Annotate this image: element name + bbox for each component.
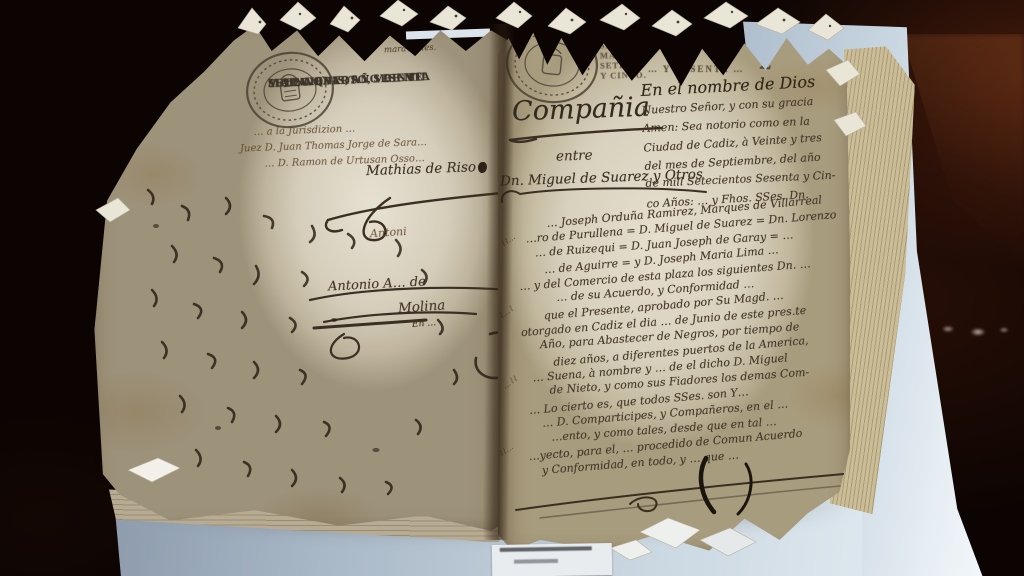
- torn-paper-edges: [0, 0, 1024, 576]
- label-illegible-text-line: [514, 559, 558, 564]
- label-illegible-text-line: [500, 546, 592, 552]
- photo-of-open-manuscript: SELLO QVARTO, VEINTE MARAVEDIS, AÑO DE M…: [0, 0, 1024, 576]
- archive-label: [492, 543, 613, 576]
